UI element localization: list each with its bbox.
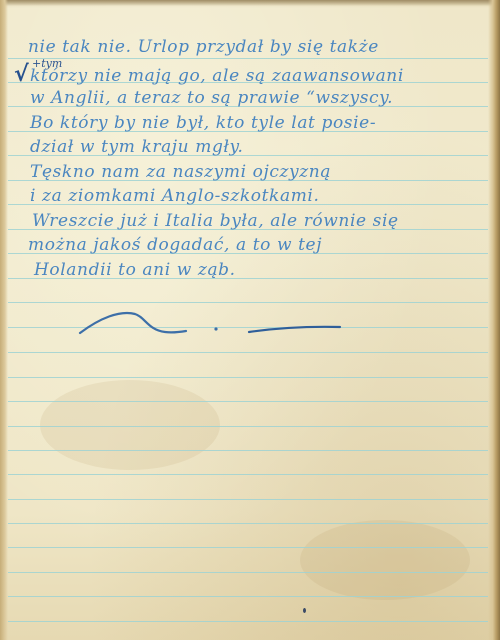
pen-flourish: [0, 0, 500, 640]
notebook-page: nie tak nie. Urlop przydał by się także …: [0, 0, 500, 640]
ink-speck: [303, 608, 306, 613]
